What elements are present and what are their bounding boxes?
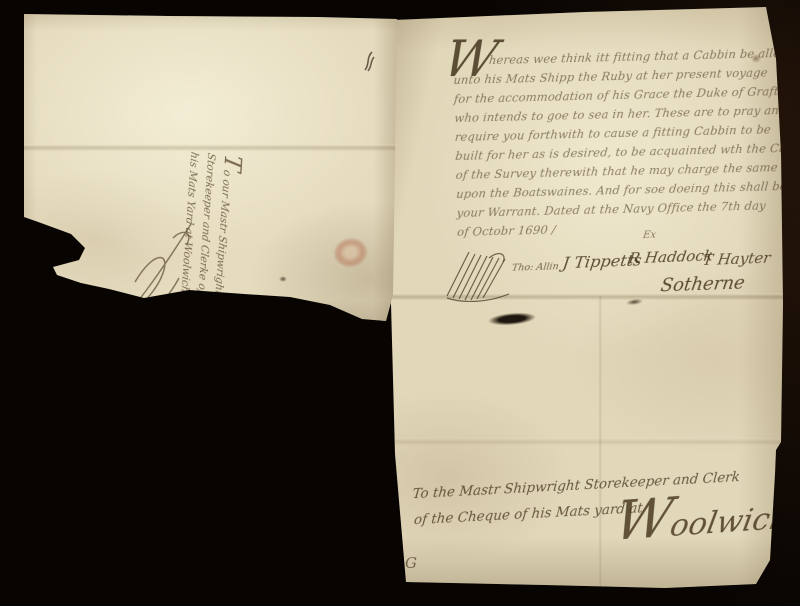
ink-fleck-leaf <box>279 276 287 282</box>
signature-hayter: T Hayter <box>702 249 772 269</box>
photo-background: W hereas wee think itt fitting that a Ca… <box>0 0 800 606</box>
fold-crease-horizontal-lower <box>385 438 787 445</box>
signature-paraph-flourish <box>445 246 511 302</box>
corner-mark-g: G <box>405 554 417 572</box>
letter-body: hereas wee think itt fitting that a Cabb… <box>453 44 780 242</box>
ink-fleck-top-right <box>751 54 761 63</box>
ink-smudge-large <box>488 311 537 327</box>
wax-seal-remnant <box>329 233 377 276</box>
letter-page: W hereas wee think itt fitting that a Ca… <box>385 4 787 596</box>
fold-crease-leaf <box>18 144 400 151</box>
edge-ink-squiggle <box>362 50 376 72</box>
signature-allin: Tho: Allin <box>511 261 559 274</box>
leaf-signature-flourish <box>113 220 205 320</box>
address-leaf-page: To our Mastr Shipwright Storekeeper and … <box>18 8 400 340</box>
signature-sotherne: Sotherne <box>659 273 746 297</box>
fold-crease-vertical <box>598 296 602 588</box>
signature-docket-mark: Ex <box>642 230 657 241</box>
ink-smudge-small <box>626 298 644 306</box>
address-place-woolwich: Woolwich <box>610 478 796 553</box>
